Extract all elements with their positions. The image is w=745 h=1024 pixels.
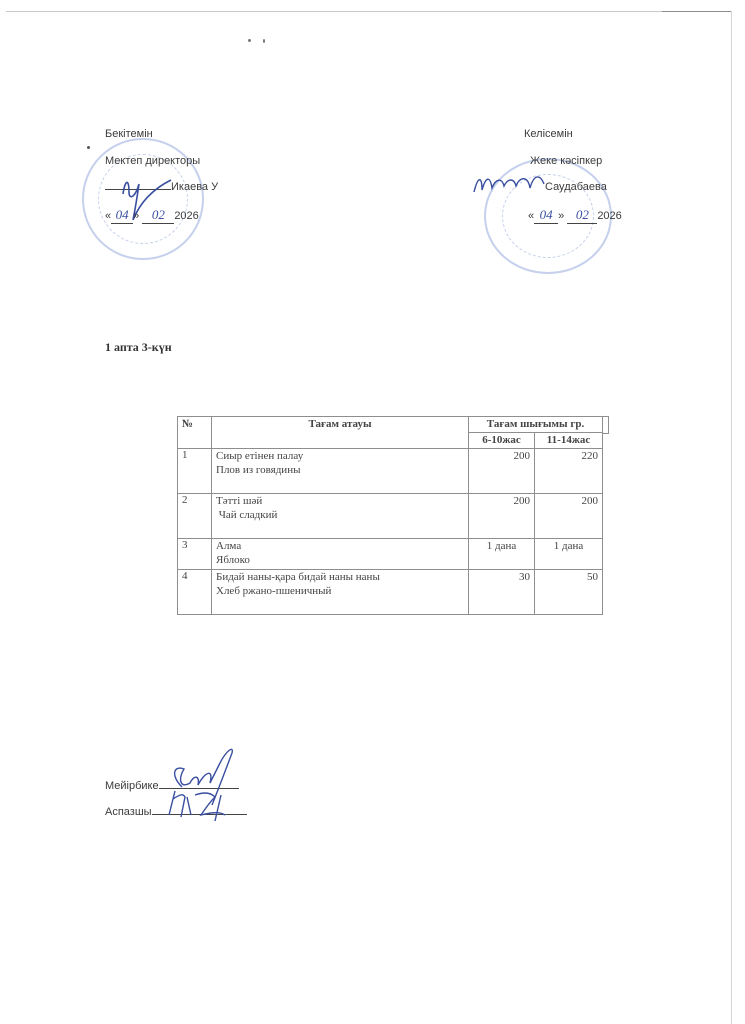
header-dish-name: Тағам атауы	[212, 417, 469, 449]
date-month: 02	[567, 207, 597, 224]
dish-name-cell: Сиыр етінен палау Плов из говядины	[212, 449, 469, 494]
table-row: 4 Бидай наны-қара бидай наны наны Хлеб р…	[178, 570, 603, 615]
qty-age-11-14: 220	[535, 449, 603, 494]
page-edge-top	[6, 11, 732, 12]
scan-speck	[248, 39, 251, 42]
menu-title: 1 апта 3-күн	[105, 340, 172, 355]
header-number: №	[178, 417, 212, 449]
row-number: 1	[178, 449, 212, 494]
qty-age-6-10: 30	[469, 570, 535, 615]
cook-label: Аспазшы	[105, 806, 152, 818]
cook-signature	[165, 785, 240, 825]
scan-speck	[263, 39, 265, 43]
table-header-row: № Тағам атауы Тағам шығымы гр.	[178, 417, 603, 433]
date-year: 2026	[597, 210, 621, 222]
dish-name-ru: Чай сладкий	[216, 508, 464, 522]
header-age-11-14: 11-14жас	[535, 433, 603, 449]
date-year: 2026	[174, 210, 198, 222]
row-number: 4	[178, 570, 212, 615]
dish-name-cell: Бидай наны-қара бидай наны наны Хлеб ржа…	[212, 570, 469, 615]
row-number: 2	[178, 494, 212, 539]
entrepreneur-signature	[470, 170, 550, 200]
dish-name-cell: Тәтті шәй Чай сладкий	[212, 494, 469, 539]
header-portion: Тағам шығымы гр.	[469, 417, 603, 433]
qty-age-11-14: 1 дана	[535, 539, 603, 570]
row-number: 3	[178, 539, 212, 570]
page-edge-right	[731, 11, 732, 1024]
dish-name-kz: Алма	[216, 539, 464, 553]
table-row: 3 Алма Яблоко 1 дана 1 дана	[178, 539, 603, 570]
qty-age-11-14: 200	[535, 494, 603, 539]
qty-age-6-10: 200	[469, 449, 535, 494]
dish-name-ru: Яблоко	[216, 553, 464, 567]
nurse-label: Мейірбике	[105, 780, 159, 792]
approval-right-heading: Келісемін	[524, 128, 573, 140]
dish-name-kz: Сиыр етінен палау	[216, 449, 464, 463]
approval-left-name: Икаева У	[171, 181, 218, 193]
dish-name-kz: Тәтті шәй	[216, 494, 464, 508]
date-day: 04	[111, 207, 133, 224]
dish-name-ru: Плов из говядины	[216, 463, 464, 477]
qty-age-11-14: 50	[535, 570, 603, 615]
date-day: 04	[534, 207, 558, 224]
dish-name-ru: Хлеб ржано-пшеничный	[216, 584, 464, 598]
date-month: 02	[142, 207, 174, 224]
approval-left-heading: Бекітемін	[105, 128, 153, 140]
qty-age-6-10: 1 дана	[469, 539, 535, 570]
table-row: 1 Сиыр етінен палау Плов из говядины 200…	[178, 449, 603, 494]
dish-name-kz: Бидай наны-қара бидай наны наны	[216, 570, 464, 584]
approval-left-position: Мектеп директоры	[105, 155, 200, 167]
table-row: 2 Тәтті шәй Чай сладкий 200 200	[178, 494, 603, 539]
approval-right-name: Саудабаева	[545, 181, 607, 193]
qty-age-6-10: 200	[469, 494, 535, 539]
header-age-6-10: 6-10жас	[469, 433, 535, 449]
scan-speck	[87, 146, 90, 149]
dish-name-cell: Алма Яблоко	[212, 539, 469, 570]
approval-right-position: Жеке кәсіпкер	[530, 155, 602, 167]
menu-table: № Тағам атауы Тағам шығымы гр. 6-10жас 1…	[177, 416, 603, 615]
approval-right-date: «04» 022026	[528, 207, 622, 224]
approval-left-date: «04» 022026	[105, 207, 199, 224]
